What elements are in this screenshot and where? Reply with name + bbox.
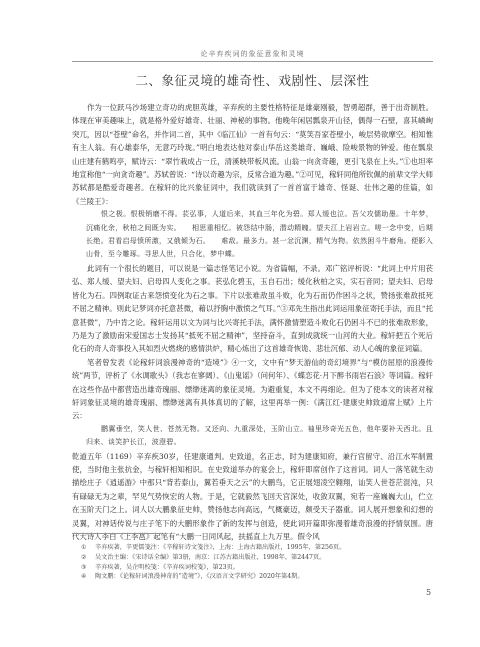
paragraph: 作为一位跃马沙场建立奇功的虎胆英雄，辛弃疾的主要性格特征是雄豪刚毅，智勇超群，善… xyxy=(72,101,433,208)
footnote: ③辛弃疾著，吴企明校笺：《辛弃疾词校笺》，第23页。 xyxy=(81,563,433,573)
running-head: 论辛弃疾词的象征意象和灵境 xyxy=(72,49,433,59)
paragraph: 笔者曾发表《论稼轩词浪漫神奇的“造境”》④一文，文中有“梦天游仙的奇幻境界”与“… xyxy=(72,356,433,423)
footnote: ④陶文鹏：《论稼轩词浪漫神奇的“造境”》，《汉语言文学研究》2020年第4期。 xyxy=(81,572,433,582)
body-text: 作为一位跃马沙场建立奇功的虎胆英雄，辛弃疾的主要性格特征是雄豪刚毅，智勇超群，善… xyxy=(72,101,433,543)
footnote: ①辛弃疾著，辛更儒笺注：《辛稼轩诗文笺注》，上海：上海古籍出版社，1995年，第… xyxy=(81,543,433,553)
footnote-rule xyxy=(72,533,162,534)
block-quote: 恨之极。恨极销磨不得。苌弘事，人道后来，其血三年化为碧。郑人缓也泣。吾父攻儒助墨… xyxy=(72,208,433,262)
header-rule xyxy=(72,61,433,62)
footnotes: ①辛弃疾著，辛更儒笺注：《辛稼轩诗文笺注》，上海：上海古籍出版社，1995年，第… xyxy=(81,543,433,582)
page-number: 5 xyxy=(426,588,431,597)
paragraph: 乾道五年（1169）辛弃疾30岁，任建康通判。史致道，名正志，时为建康知府，兼行… xyxy=(72,450,433,544)
section-title: 二、象征灵境的雄奇性、戏剧性、层深性 xyxy=(72,71,433,89)
paragraph: 此词有一个很长的题目，可以说是一篇志怪笔记小说。为省篇幅，不录。邓广铭评析说：“… xyxy=(72,262,433,356)
block-quote: 鹏翼垂空，笑人世、苍然无物。又还向、九重深处，玉阶山立。袖里珍奇光五色，他年要补… xyxy=(72,423,433,450)
footnote: ②吴文治主编：《宋诗话全编》第3册，南京：江苏古籍出版社，1998年，第2447… xyxy=(81,553,433,563)
